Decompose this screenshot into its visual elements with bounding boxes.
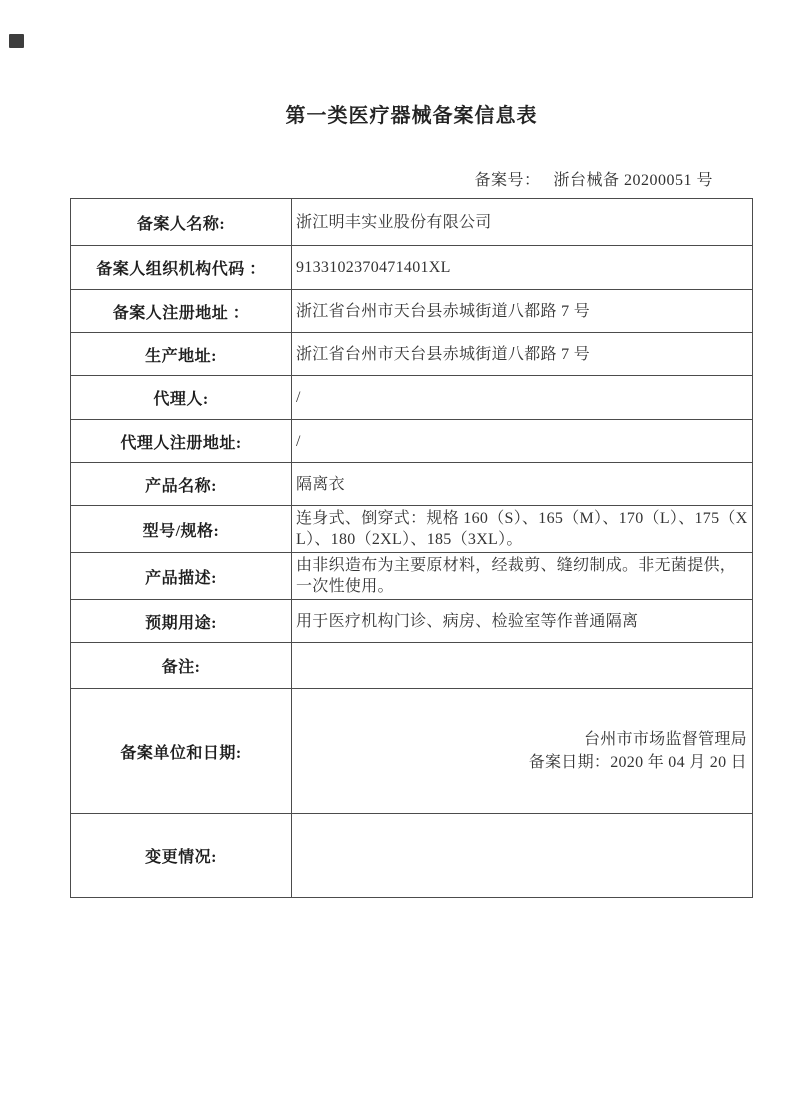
page-title: 第一类医疗器械备案信息表 (70, 99, 753, 128)
table-row: 备案人组织机构代码 ：9133102370471401XL (71, 246, 753, 290)
table-row: 备案人名称:浙江明丰实业股份有限公司 (71, 199, 753, 246)
filing-table-body: 备案人名称:浙江明丰实业股份有限公司备案人组织机构代码 ：91331023704… (71, 199, 753, 898)
row-value-line: 台州市市场监督管理局 (296, 728, 749, 751)
table-row: 备案单位和日期:台州市市场监督管理局备案日期：2020 年 04 月 20 日 (71, 689, 753, 814)
row-value: 隔离衣 (292, 463, 753, 506)
row-label: 生产地址: (71, 333, 292, 376)
row-value: 浙江明丰实业股份有限公司 (292, 199, 753, 246)
filing-info-table: 备案人名称:浙江明丰实业股份有限公司备案人组织机构代码 ：91331023704… (70, 198, 753, 898)
row-label: 型号/规格: (71, 506, 292, 553)
row-label: 备注: (71, 643, 292, 689)
row-value: 用于医疗机构门诊、病房、检验室等作普通隔离 (292, 600, 753, 643)
row-value: / (292, 376, 753, 420)
table-row: 代理人:/ (71, 376, 753, 420)
document-page: 第一类医疗器械备案信息表 备案号：浙台械备 20200051 号 备案人名称:浙… (0, 0, 800, 1100)
row-label: 备案人名称: (71, 199, 292, 246)
row-value-line: 备案日期：2020 年 04 月 20 日 (296, 751, 749, 774)
filing-number-line: 备案号：浙台械备 20200051 号 (70, 167, 753, 190)
row-value: 连身式、倒穿式：规格 160（S）、165（M）、170（L）、175（XL）、… (292, 506, 753, 553)
table-row: 预期用途:用于医疗机构门诊、病房、检验室等作普通隔离 (71, 600, 753, 643)
row-label: 备案人注册地址 ： (71, 290, 292, 333)
table-row: 产品名称:隔离衣 (71, 463, 753, 506)
row-label: 产品描述: (71, 553, 292, 600)
row-value (292, 643, 753, 689)
table-row: 型号/规格:连身式、倒穿式：规格 160（S）、165（M）、170（L）、17… (71, 506, 753, 553)
row-label: 备案人组织机构代码 ： (71, 246, 292, 290)
table-row: 生产地址:浙江省台州市天台县赤城街道八都路 7 号 (71, 333, 753, 376)
table-row: 产品描述:由非织造布为主要原材料，经裁剪、缝纫制成。非无菌提供，一次性使用。 (71, 553, 753, 600)
row-label: 代理人注册地址: (71, 420, 292, 463)
scan-artifact-square (9, 34, 24, 48)
table-row: 代理人注册地址:/ (71, 420, 753, 463)
filing-number-label: 备案号： (474, 172, 540, 189)
row-value: 浙江省台州市天台县赤城街道八都路 7 号 (292, 290, 753, 333)
row-label: 产品名称: (71, 463, 292, 506)
row-value (292, 814, 753, 898)
row-label: 代理人: (71, 376, 292, 420)
table-row: 备注: (71, 643, 753, 689)
row-label: 预期用途: (71, 600, 292, 643)
row-label: 变更情况: (71, 814, 292, 898)
row-value: 由非织造布为主要原材料，经裁剪、缝纫制成。非无菌提供，一次性使用。 (292, 553, 753, 600)
table-row: 变更情况: (71, 814, 753, 898)
row-label: 备案单位和日期: (71, 689, 292, 814)
row-value: 浙江省台州市天台县赤城街道八都路 7 号 (292, 333, 753, 376)
table-row: 备案人注册地址 ：浙江省台州市天台县赤城街道八都路 7 号 (71, 290, 753, 333)
row-value: 台州市市场监督管理局备案日期：2020 年 04 月 20 日 (292, 689, 753, 814)
row-value: 9133102370471401XL (292, 246, 753, 290)
filing-number-value: 浙台械备 20200051 号 (553, 172, 713, 189)
row-value: / (292, 420, 753, 463)
